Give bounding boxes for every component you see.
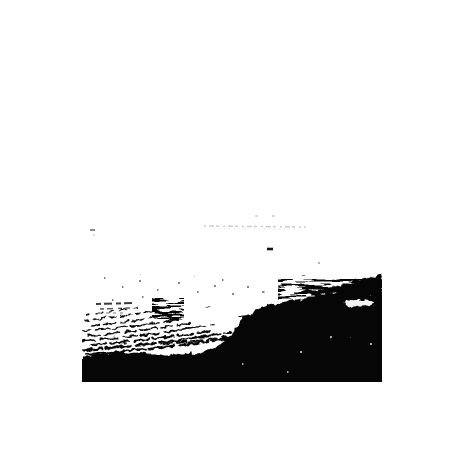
page-background: [0, 0, 464, 464]
album-art-image: [82, 82, 382, 382]
